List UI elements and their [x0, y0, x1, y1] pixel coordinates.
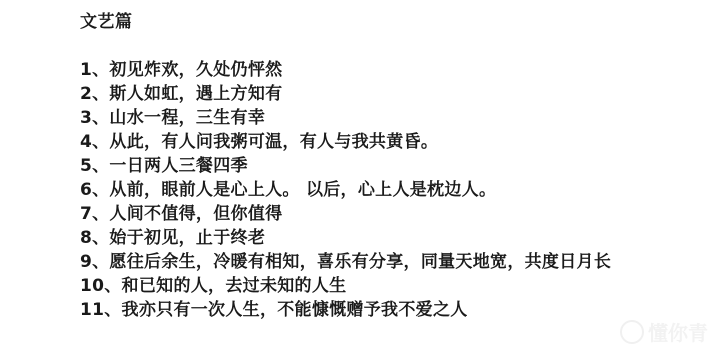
list-item: 3、山水一程，三生有幸	[80, 106, 611, 130]
list-item: 8、始于初见，止于终老	[80, 226, 611, 250]
list-item: 11、我亦只有一次人生，不能慷慨赠予我不爱之人	[80, 298, 611, 322]
document: 文艺篇 1、初见炸欢，久处仍怦然 2、斯人如虹，遇上方知有 3、山水一程，三生有…	[80, 9, 611, 322]
list-item: 10、和已知的人，去过未知的人生	[80, 274, 611, 298]
list-item: 1、初见炸欢，久处仍怦然	[80, 58, 611, 82]
list-item: 9、愿往后余生，冷暖有相知，喜乐有分享，同量天地宽，共度日月长	[80, 250, 611, 274]
list-item: 6、从前，眼前人是心上人。 以后，心上人是枕边人。	[80, 178, 611, 202]
list-item: 7、人间不值得，但你值得	[80, 202, 611, 226]
list-item: 2、斯人如虹，遇上方知有	[80, 82, 611, 106]
logo-circle-icon	[620, 320, 644, 344]
watermark-text: 懂你青	[648, 317, 708, 346]
list-item: 5、一日两人三餐四季	[80, 154, 611, 178]
document-title: 文艺篇	[80, 9, 611, 35]
quote-list: 1、初见炸欢，久处仍怦然 2、斯人如虹，遇上方知有 3、山水一程，三生有幸 4、…	[80, 58, 611, 322]
list-item: 4、从此，有人问我粥可温，有人与我共黄昏。	[80, 130, 611, 154]
watermark: 懂你青	[620, 317, 708, 346]
